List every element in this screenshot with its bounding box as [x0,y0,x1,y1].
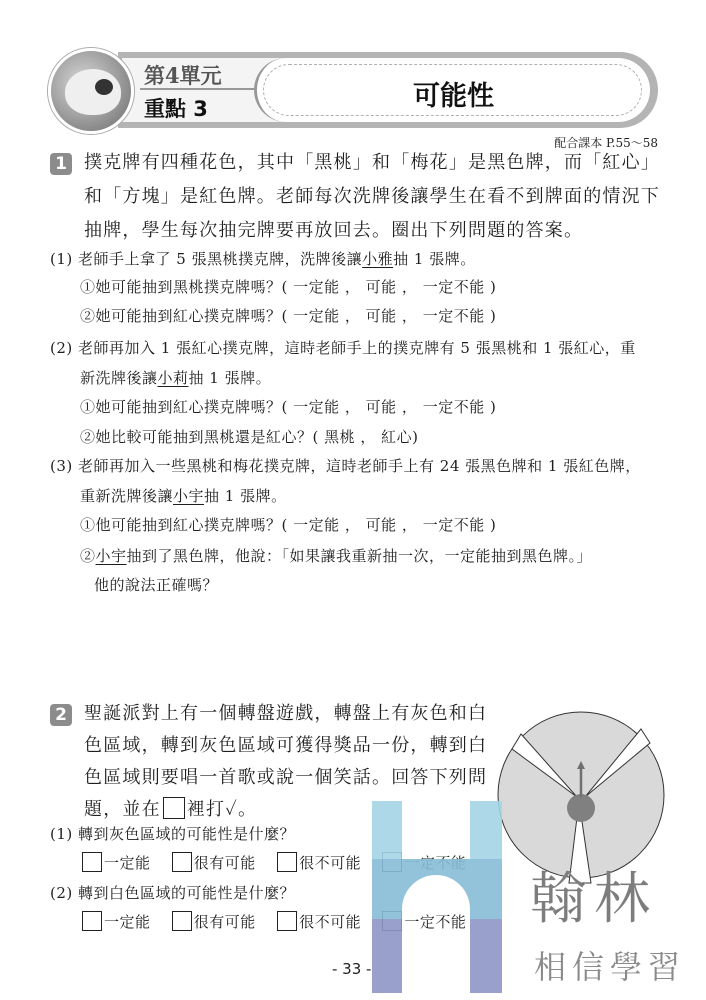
question-2-badge: 2 [50,704,72,726]
checkbox[interactable] [277,911,297,931]
checkbox[interactable] [277,852,297,872]
q2-part-1-options: 一定能 很有可能 很不可能 一定不能 [82,852,482,874]
option-label: 很不可能 [299,913,361,931]
q1-part-1-text-before: 老師手上拿了 5 張黑桃撲克牌，洗牌後讓 [78,250,362,268]
mascot-eye [95,79,113,95]
q1-part-3-sub-2-text: 抽到了黑色牌，他說：「如果讓我重新抽一次，一定能抽到黑色牌。」 [127,547,593,565]
question-1-intro-line-2: 和「方塊」是紅色牌。老師每次洗牌後讓學生在看不到牌面的情況下 [84,182,660,212]
q1-part-3-sub-2-question: 他的說法正確嗎？ [94,574,218,596]
q1-part-3-line-1: (3) 老師再加入一些黑桃和梅花撲克牌，這時老師手上有 24 張黑色牌和 1 張… [50,455,641,477]
q2-part-2-option-unlikely[interactable]: 很不可能 [277,911,361,933]
question-2-intro-line-3: 色區域則要唱一首歌或說一個笑話。回答下列問 [84,763,487,793]
question-2-intro-before: 題，並在 [84,799,161,820]
checkbox[interactable] [172,911,192,931]
option-label: 一定不能 [404,854,466,872]
option-label: 一定能 [104,913,151,931]
q1-part-2-line-2-before: 新洗牌後讓 [80,369,158,387]
q1-part-1-sub-2[interactable]: ②她可能抽到紅心撲克牌嗎？( 一定能 ， 可能 ， 一定不能 ) [80,305,496,327]
question-1-badge: 1 [50,153,72,175]
q2-part-2-text: 轉到白色區域的可能性是什麼？ [78,884,295,902]
q1-part-1-sub-1[interactable]: ①她可能抽到黑桃撲克牌嗎？( 一定能 ， 可能 ， 一定不能 ) [80,276,496,298]
watermark-h-logo [372,801,504,993]
watermark-brand: 翰林 [530,855,658,935]
q2-part-1-label: (1) [50,825,73,843]
question-1-intro-line-1: 撲克牌有四種花色，其中「黑桃」和「梅花」是黑色牌，而「紅心」 [84,148,660,178]
checkbox-sample-icon [163,797,185,819]
q1-part-3-line-2-after: 抽 1 張牌。 [204,487,287,505]
q1-part-2-label: (2) [50,339,73,357]
page-number: - 33 - [332,960,371,978]
q1-part-3-sub-2-prefix: ② [80,547,96,565]
point-label: 重點 3 [144,93,208,123]
q1-part-2-sub-2[interactable]: ②她比較可能抽到黑桃還是紅心？( 黑桃 ， 紅心) [80,426,419,448]
checkbox[interactable] [82,911,102,931]
q1-part-3-line-2-before: 重新洗牌後讓 [80,487,173,505]
mascot-face [65,69,121,115]
option-label: 很有可能 [194,854,256,872]
question-2-intro-line-4: 題，並在裡打✓。 [84,795,257,825]
q1-part-2-text: 老師再加入 1 張紅心撲克牌，這時老師手上的撲克牌有 5 張黑桃和 1 張紅心，… [78,339,636,357]
unit-label: 第4單元 [144,60,222,90]
checkbox[interactable] [82,852,102,872]
q1-part-1: (1) 老師手上拿了 5 張黑桃撲克牌，洗牌後讓小雅抽 1 張牌。 [50,248,476,270]
unit-banner: 第4單元 重點 3 可能性 [48,48,658,132]
watermark-slogan: 相信學習 [534,942,686,988]
q1-part-2-sub-1[interactable]: ①她可能抽到紅心撲克牌嗎？( 一定能 ， 可能 ， 一定不能 ) [80,396,496,418]
q2-part-2-option-likely[interactable]: 很有可能 [172,911,256,933]
q2-part-1: (1) 轉到灰色區域的可能性是什麼？ [50,823,295,845]
q2-part-2-option-impossible[interactable]: 一定不能 [382,911,466,933]
option-label: 很不可能 [299,854,361,872]
q1-part-3-label: (3) [50,457,73,475]
q1-part-1-name: 小雅 [362,250,393,268]
checkbox[interactable] [172,852,192,872]
q2-part-1-option-likely[interactable]: 很有可能 [172,852,256,874]
checkbox[interactable] [382,911,402,931]
q1-part-3-text: 老師再加入一些黑桃和梅花撲克牌，這時老師手上有 24 張黑色牌和 1 張紅色牌， [78,457,641,475]
option-label: 一定不能 [404,913,466,931]
q2-part-1-option-unlikely[interactable]: 很不可能 [277,852,361,874]
question-2-intro-line-1: 聖誕派對上有一個轉盤遊戲，轉盤上有灰色和白 [84,699,487,729]
q1-part-3-name: 小宇 [173,487,204,505]
q1-part-2-line-1: (2) 老師再加入 1 張紅心撲克牌，這時老師手上的撲克牌有 5 張黑桃和 1 … [50,337,636,359]
q1-part-1-text-after: 抽 1 張牌。 [393,250,476,268]
checkbox[interactable] [382,852,402,872]
q1-part-2-name: 小莉 [158,369,189,387]
q1-part-3-sub-2-name: 小宇 [96,547,127,565]
q2-part-2-options: 一定能 很有可能 很不可能 一定不能 [82,911,482,933]
question-1-intro-line-3: 抽牌，學生每次抽完牌要再放回去。圈出下列問題的答案。 [84,216,583,246]
q2-part-2: (2) 轉到白色區域的可能性是什麼？ [50,882,295,904]
q1-part-3-sub-1[interactable]: ①他可能抽到紅心撲克牌嗎？( 一定能 ， 可能 ， 一定不能 ) [80,514,496,536]
q2-part-2-label: (2) [50,884,73,902]
q1-part-3-line-2: 重新洗牌後讓小宇抽 1 張牌。 [80,485,287,507]
page-title: 可能性 [257,74,650,113]
mascot-icon [48,48,134,134]
q2-part-1-text: 轉到灰色區域的可能性是什麼？ [78,825,295,843]
q2-part-1-option-certain[interactable]: 一定能 [82,852,151,874]
q2-part-2-option-certain[interactable]: 一定能 [82,911,151,933]
q1-part-2-line-2-after: 抽 1 張牌。 [189,369,272,387]
option-label: 一定能 [104,854,151,872]
option-label: 很有可能 [194,913,256,931]
question-2-intro-after: 裡打✓。 [187,799,257,820]
q2-part-1-option-impossible[interactable]: 一定不能 [382,852,466,874]
q1-part-1-label: (1) [50,250,73,268]
question-2-intro-line-2: 色區域，轉到灰色區域可獲得獎品一份，轉到白 [84,731,487,761]
q1-part-2-line-2: 新洗牌後讓小莉抽 1 張牌。 [80,367,271,389]
q1-part-3-sub-2: ②小宇抽到了黑色牌，他說：「如果讓我重新抽一次，一定能抽到黑色牌。」 [80,545,592,567]
title-pill: 可能性 [254,58,650,122]
